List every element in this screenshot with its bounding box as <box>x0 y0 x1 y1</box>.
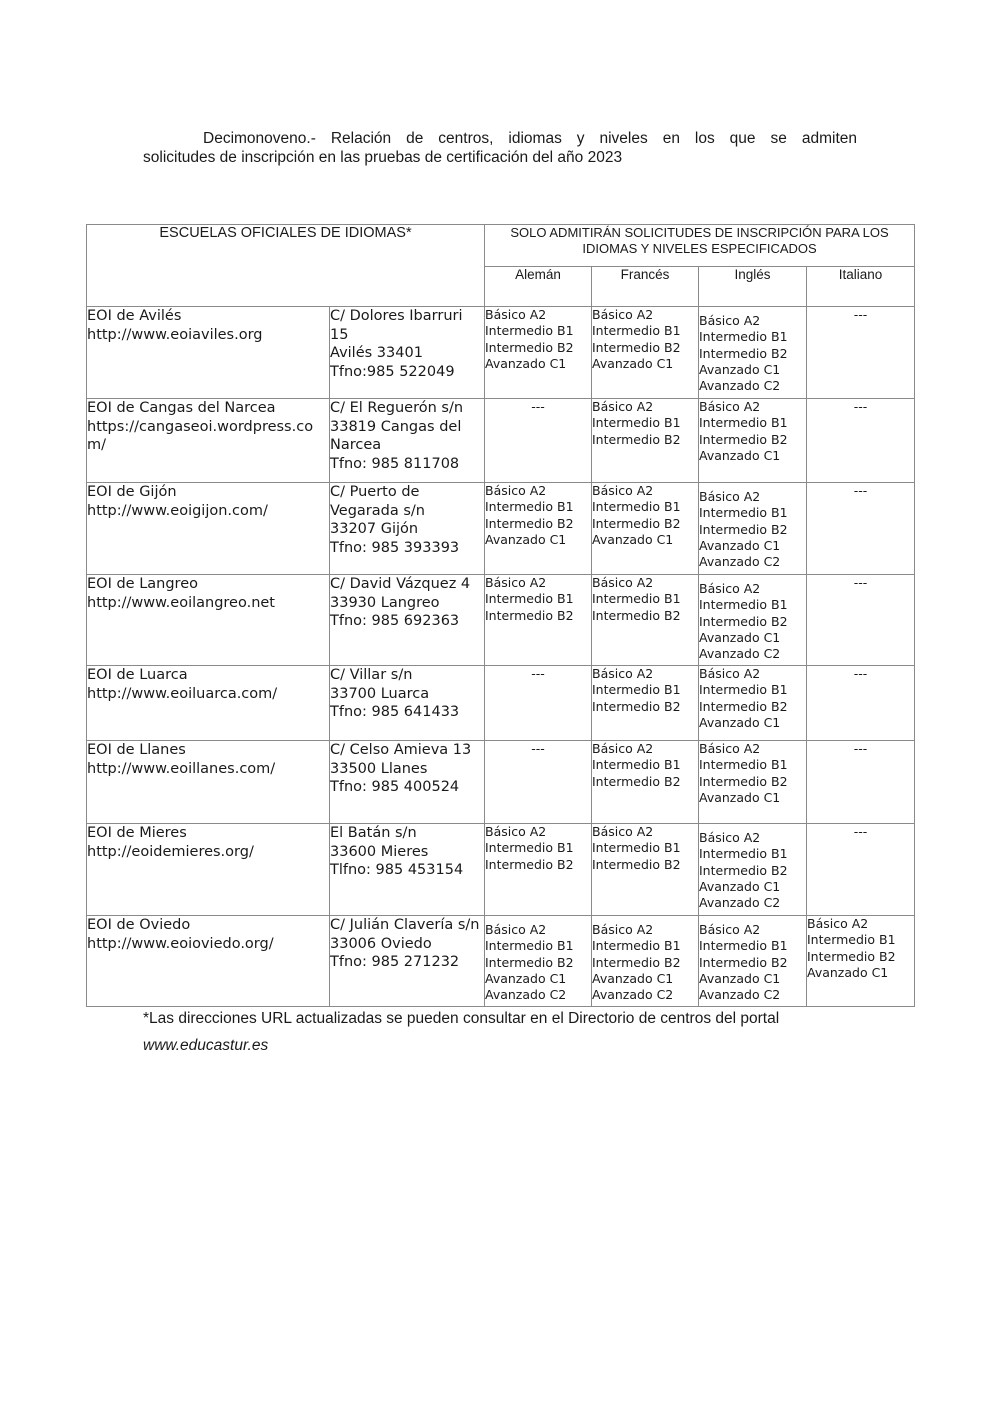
address-line: 33207 Gijón <box>330 520 484 539</box>
school-cell: EOI de Oviedohttp://www.eoioviedo.org/ <box>87 916 330 1007</box>
address-line: C/ El Reguerón s/n <box>330 399 484 418</box>
levels-frances: Básico A2Intermedio B1Intermedio B2Avanz… <box>592 916 699 1007</box>
level-item: Básico A2 <box>485 824 591 840</box>
address-cell: C/ Julián Clavería s/n33006 OviedoTfno: … <box>330 916 485 1007</box>
level-item: Intermedio B1 <box>485 938 591 954</box>
level-item: Intermedio B2 <box>699 955 806 971</box>
address-line: C/ David Vázquez 4 <box>330 575 484 594</box>
levels-frances: Básico A2Intermedio B1Intermedio B2 <box>592 575 699 666</box>
levels-ingles: Básico A2Intermedio B1Intermedio B2Avanz… <box>699 399 807 483</box>
levels-aleman: Básico A2Intermedio B1Intermedio B2Avanz… <box>485 916 592 1007</box>
header-lang-italiano: Italiano <box>807 267 915 307</box>
levels-frances: Básico A2Intermedio B1Intermedio B2Avanz… <box>592 483 699 575</box>
level-item: Avanzado C1 <box>485 356 591 372</box>
level-item: Básico A2 <box>485 575 591 591</box>
table-row: EOI de Langreohttp://www.eoilangreo.netC… <box>87 575 915 666</box>
level-item: Intermedio B2 <box>807 949 914 965</box>
level-item: Avanzado C1 <box>592 356 698 372</box>
address-line: Tfno: 985 393393 <box>330 539 484 558</box>
level-item: Intermedio B1 <box>699 757 806 773</box>
levels-aleman: Básico A2Intermedio B1Intermedio B2Avanz… <box>485 307 592 399</box>
address-line: Tfno: 985 400524 <box>330 778 484 797</box>
level-item: Avanzado C2 <box>699 987 806 1003</box>
address-line: Tfno: 985 692363 <box>330 612 484 631</box>
level-item: Avanzado C2 <box>699 378 806 394</box>
level-item: Intermedio B2 <box>485 857 591 873</box>
address-line: 33930 Langreo <box>330 594 484 613</box>
address-line: C/ Celso Amieva 13 <box>330 741 484 760</box>
level-item: Intermedio B2 <box>592 608 698 624</box>
school-url[interactable]: http://eoidemieres.org/ <box>87 843 329 862</box>
level-item: Avanzado C2 <box>699 646 806 662</box>
level-item: Intermedio B1 <box>592 840 698 856</box>
level-item: Intermedio B1 <box>592 415 698 431</box>
level-item: Intermedio B2 <box>592 955 698 971</box>
levels-ingles: Básico A2Intermedio B1Intermedio B2Avanz… <box>699 575 807 666</box>
level-item: Básico A2 <box>699 313 806 329</box>
level-item: Básico A2 <box>699 666 806 682</box>
levels-italiano-none: --- <box>807 483 915 575</box>
level-item: Avanzado C1 <box>699 790 806 806</box>
level-item: Básico A2 <box>699 399 806 415</box>
level-item: Básico A2 <box>592 483 698 499</box>
level-item: Intermedio B1 <box>592 757 698 773</box>
address-line: Tfno:985 522049 <box>330 363 484 382</box>
levels-aleman-none: --- <box>485 399 592 483</box>
intro-line-1: Decimonoveno.- Relación de centros, idio… <box>143 129 857 148</box>
level-item: Avanzado C1 <box>699 630 806 646</box>
level-item: Intermedio B2 <box>592 516 698 532</box>
school-name: EOI de Oviedo <box>87 916 329 935</box>
level-item: Intermedio B2 <box>485 516 591 532</box>
level-item: Intermedio B1 <box>592 938 698 954</box>
level-item: Intermedio B2 <box>699 863 806 879</box>
address-line: C/ Villar s/n <box>330 666 484 685</box>
levels-italiano-none: --- <box>807 666 915 741</box>
level-item: Básico A2 <box>592 666 698 682</box>
table-row: EOI de Luarcahttp://www.eoiluarca.com/C/… <box>87 666 915 741</box>
table-row: EOI de Cangas del Narceahttps://cangaseo… <box>87 399 915 483</box>
levels-italiano-none: --- <box>807 824 915 916</box>
levels-ingles: Básico A2Intermedio B1Intermedio B2Avanz… <box>699 916 807 1007</box>
footnote-text: *Las direcciones URL actualizadas se pue… <box>143 1009 863 1028</box>
level-item: Básico A2 <box>592 307 698 323</box>
level-item: Básico A2 <box>699 489 806 505</box>
level-item: Intermedio B2 <box>485 340 591 356</box>
level-item: Avanzado C1 <box>485 971 591 987</box>
address-line: 33600 Mieres <box>330 843 484 862</box>
level-item: Intermedio B1 <box>699 329 806 345</box>
level-item: Intermedio B1 <box>699 938 806 954</box>
address-line: Tlfno: 985 453154 <box>330 861 484 880</box>
address-line: Tfno: 985 811708 <box>330 455 484 474</box>
eoi-table: ESCUELAS OFICIALES DE IDIOMAS* SOLO ADMI… <box>86 224 915 1007</box>
level-item: Intermedio B2 <box>485 608 591 624</box>
levels-ingles: Básico A2Intermedio B1Intermedio B2Avanz… <box>699 307 807 399</box>
level-item: Básico A2 <box>592 824 698 840</box>
level-item: Intermedio B1 <box>699 505 806 521</box>
level-item: Avanzado C2 <box>592 987 698 1003</box>
table-row: EOI de Gijónhttp://www.eoigijon.com/C/ P… <box>87 483 915 575</box>
school-cell: EOI de Cangas del Narceahttps://cangaseo… <box>87 399 330 483</box>
header-lang-ingles: Inglés <box>699 267 807 307</box>
level-item: Intermedio B1 <box>485 323 591 339</box>
school-url[interactable]: http://www.eoioviedo.org/ <box>87 935 329 954</box>
address-line: C/ Julián Clavería s/n <box>330 916 484 935</box>
school-url[interactable]: http://www.eoiluarca.com/ <box>87 685 329 704</box>
school-cell: EOI de Aviléshttp://www.eoiaviles.org <box>87 307 330 399</box>
level-item: Avanzado C1 <box>592 532 698 548</box>
address-cell: C/ Villar s/n33700 LuarcaTfno: 985 64143… <box>330 666 485 741</box>
level-item: Avanzado C1 <box>699 879 806 895</box>
levels-ingles: Básico A2Intermedio B1Intermedio B2Avanz… <box>699 824 807 916</box>
school-name: EOI de Avilés <box>87 307 329 326</box>
address-line: Tfno: 985 641433 <box>330 703 484 722</box>
levels-frances: Básico A2Intermedio B1Intermedio B2 <box>592 824 699 916</box>
level-item: Intermedio B1 <box>592 591 698 607</box>
level-item: Básico A2 <box>699 741 806 757</box>
address-cell: C/ David Vázquez 433930 LangreoTfno: 985… <box>330 575 485 666</box>
level-item: Intermedio B2 <box>699 614 806 630</box>
level-item: Intermedio B1 <box>699 846 806 862</box>
level-item: Avanzado C2 <box>485 987 591 1003</box>
school-url[interactable]: http://www.eoillanes.com/ <box>87 760 329 779</box>
level-item: Intermedio B1 <box>592 682 698 698</box>
school-name: EOI de Llanes <box>87 741 329 760</box>
table-row: EOI de Llaneshttp://www.eoillanes.com/C/… <box>87 741 915 824</box>
levels-aleman-none: --- <box>485 666 592 741</box>
level-item: Avanzado C2 <box>699 554 806 570</box>
levels-aleman: Básico A2Intermedio B1Intermedio B2 <box>485 824 592 916</box>
school-cell: EOI de Gijónhttp://www.eoigijon.com/ <box>87 483 330 575</box>
intro-line-2: solicitudes de inscripción en las prueba… <box>143 149 622 166</box>
levels-aleman-none: --- <box>485 741 592 824</box>
table-body: EOI de Aviléshttp://www.eoiaviles.orgC/ … <box>87 307 915 1007</box>
level-item: Intermedio B2 <box>592 774 698 790</box>
school-url[interactable]: http://www.eoigijon.com/ <box>87 502 329 521</box>
level-item: Intermedio B1 <box>699 682 806 698</box>
level-item: Básico A2 <box>485 922 591 938</box>
level-item: Básico A2 <box>699 581 806 597</box>
level-item: Básico A2 <box>485 483 591 499</box>
school-cell: EOI de Luarcahttp://www.eoiluarca.com/ <box>87 666 330 741</box>
level-item: Avanzado C1 <box>592 971 698 987</box>
level-item: Intermedio B2 <box>699 346 806 362</box>
level-item: Intermedio B2 <box>592 432 698 448</box>
level-item: Intermedio B1 <box>485 499 591 515</box>
level-item: Básico A2 <box>699 830 806 846</box>
school-name: EOI de Langreo <box>87 575 329 594</box>
header-lang-frances: Francés <box>592 267 699 307</box>
levels-frances: Básico A2Intermedio B1Intermedio B2 <box>592 741 699 824</box>
level-item: Avanzado C1 <box>807 965 914 981</box>
address-line: 33819 Cangas del Narcea <box>330 418 484 455</box>
level-item: Avanzado C1 <box>699 971 806 987</box>
levels-frances: Básico A2Intermedio B1Intermedio B2 <box>592 399 699 483</box>
levels-frances: Básico A2Intermedio B1Intermedio B2Avanz… <box>592 307 699 399</box>
level-item: Avanzado C1 <box>699 448 806 464</box>
address-line: El Batán s/n <box>330 824 484 843</box>
level-item: Básico A2 <box>592 575 698 591</box>
school-name: EOI de Gijón <box>87 483 329 502</box>
school-url[interactable]: https://cangaseoi.wordpress.com/ <box>87 418 329 455</box>
level-item: Intermedio B2 <box>699 774 806 790</box>
levels-ingles: Básico A2Intermedio B1Intermedio B2Avanz… <box>699 741 807 824</box>
level-item: Intermedio B2 <box>592 699 698 715</box>
footnote: *Las direcciones URL actualizadas se pue… <box>143 1009 863 1055</box>
address-line: Avilés 33401 <box>330 344 484 363</box>
table-row: EOI de Aviléshttp://www.eoiaviles.orgC/ … <box>87 307 915 399</box>
levels-ingles: Básico A2Intermedio B1Intermedio B2Avanz… <box>699 666 807 741</box>
address-line: 33006 Oviedo <box>330 935 484 954</box>
school-name: EOI de Cangas del Narcea <box>87 399 329 418</box>
level-item: Intermedio B1 <box>699 415 806 431</box>
address-line: 33700 Luarca <box>330 685 484 704</box>
header-schools: ESCUELAS OFICIALES DE IDIOMAS* <box>87 225 485 307</box>
header-lang-aleman: Alemán <box>485 267 592 307</box>
levels-italiano-none: --- <box>807 307 915 399</box>
level-item: Intermedio B2 <box>699 699 806 715</box>
address-cell: C/ El Reguerón s/n33819 Cangas del Narce… <box>330 399 485 483</box>
level-item: Avanzado C1 <box>699 362 806 378</box>
level-item: Avanzado C1 <box>699 715 806 731</box>
level-item: Intermedio B2 <box>592 857 698 873</box>
intro-paragraph: Decimonoveno.- Relación de centros, idio… <box>143 129 857 167</box>
levels-italiano-none: --- <box>807 575 915 666</box>
level-item: Avanzado C1 <box>699 538 806 554</box>
levels-frances: Básico A2Intermedio B1Intermedio B2 <box>592 666 699 741</box>
level-item: Avanzado C1 <box>485 532 591 548</box>
level-item: Básico A2 <box>592 399 698 415</box>
level-item: Intermedio B1 <box>592 323 698 339</box>
level-item: Básico A2 <box>807 916 914 932</box>
levels-aleman: Básico A2Intermedio B1Intermedio B2Avanz… <box>485 483 592 575</box>
table-row: EOI de Oviedohttp://www.eoioviedo.org/C/… <box>87 916 915 1007</box>
address-cell: C/ Dolores Ibarruri 15Avilés 33401Tfno:9… <box>330 307 485 399</box>
address-cell: C/ Celso Amieva 1333500 LlanesTfno: 985 … <box>330 741 485 824</box>
level-item: Intermedio B1 <box>807 932 914 948</box>
school-url[interactable]: http://www.eoiaviles.org <box>87 326 329 345</box>
level-item: Básico A2 <box>592 922 698 938</box>
school-name: EOI de Luarca <box>87 666 329 685</box>
level-item: Avanzado C2 <box>699 895 806 911</box>
address-line: C/ Puerto de Vegarada s/n <box>330 483 484 520</box>
school-cell: EOI de Langreohttp://www.eoilangreo.net <box>87 575 330 666</box>
address-line: C/ Dolores Ibarruri 15 <box>330 307 484 344</box>
levels-italiano: Básico A2Intermedio B1Intermedio B2Avanz… <box>807 916 915 1007</box>
level-item: Básico A2 <box>485 307 591 323</box>
address-cell: C/ Puerto de Vegarada s/n33207 GijónTfno… <box>330 483 485 575</box>
level-item: Básico A2 <box>592 741 698 757</box>
address-cell: El Batán s/n33600 MieresTlfno: 985 45315… <box>330 824 485 916</box>
school-cell: EOI de Miereshttp://eoidemieres.org/ <box>87 824 330 916</box>
level-item: Intermedio B1 <box>485 840 591 856</box>
level-item: Intermedio B2 <box>592 340 698 356</box>
level-item: Intermedio B2 <box>699 522 806 538</box>
address-line: Tfno: 985 271232 <box>330 953 484 972</box>
footnote-link[interactable]: www.educastur.es <box>143 1037 863 1055</box>
levels-ingles: Básico A2Intermedio B1Intermedio B2Avanz… <box>699 483 807 575</box>
school-name: EOI de Mieres <box>87 824 329 843</box>
level-item: Intermedio B2 <box>485 955 591 971</box>
levels-italiano-none: --- <box>807 741 915 824</box>
school-cell: EOI de Llaneshttp://www.eoillanes.com/ <box>87 741 330 824</box>
school-url[interactable]: http://www.eoilangreo.net <box>87 594 329 613</box>
levels-italiano-none: --- <box>807 399 915 483</box>
levels-aleman: Básico A2Intermedio B1Intermedio B2 <box>485 575 592 666</box>
level-item: Básico A2 <box>699 922 806 938</box>
level-item: Intermedio B2 <box>699 432 806 448</box>
header-admitted-languages: SOLO ADMITIRÁN SOLICITUDES DE INSCRIPCIÓ… <box>485 225 915 267</box>
address-line: 33500 Llanes <box>330 760 484 779</box>
level-item: Intermedio B1 <box>485 591 591 607</box>
table-row: EOI de Miereshttp://eoidemieres.org/El B… <box>87 824 915 916</box>
level-item: Intermedio B1 <box>592 499 698 515</box>
level-item: Intermedio B1 <box>699 597 806 613</box>
